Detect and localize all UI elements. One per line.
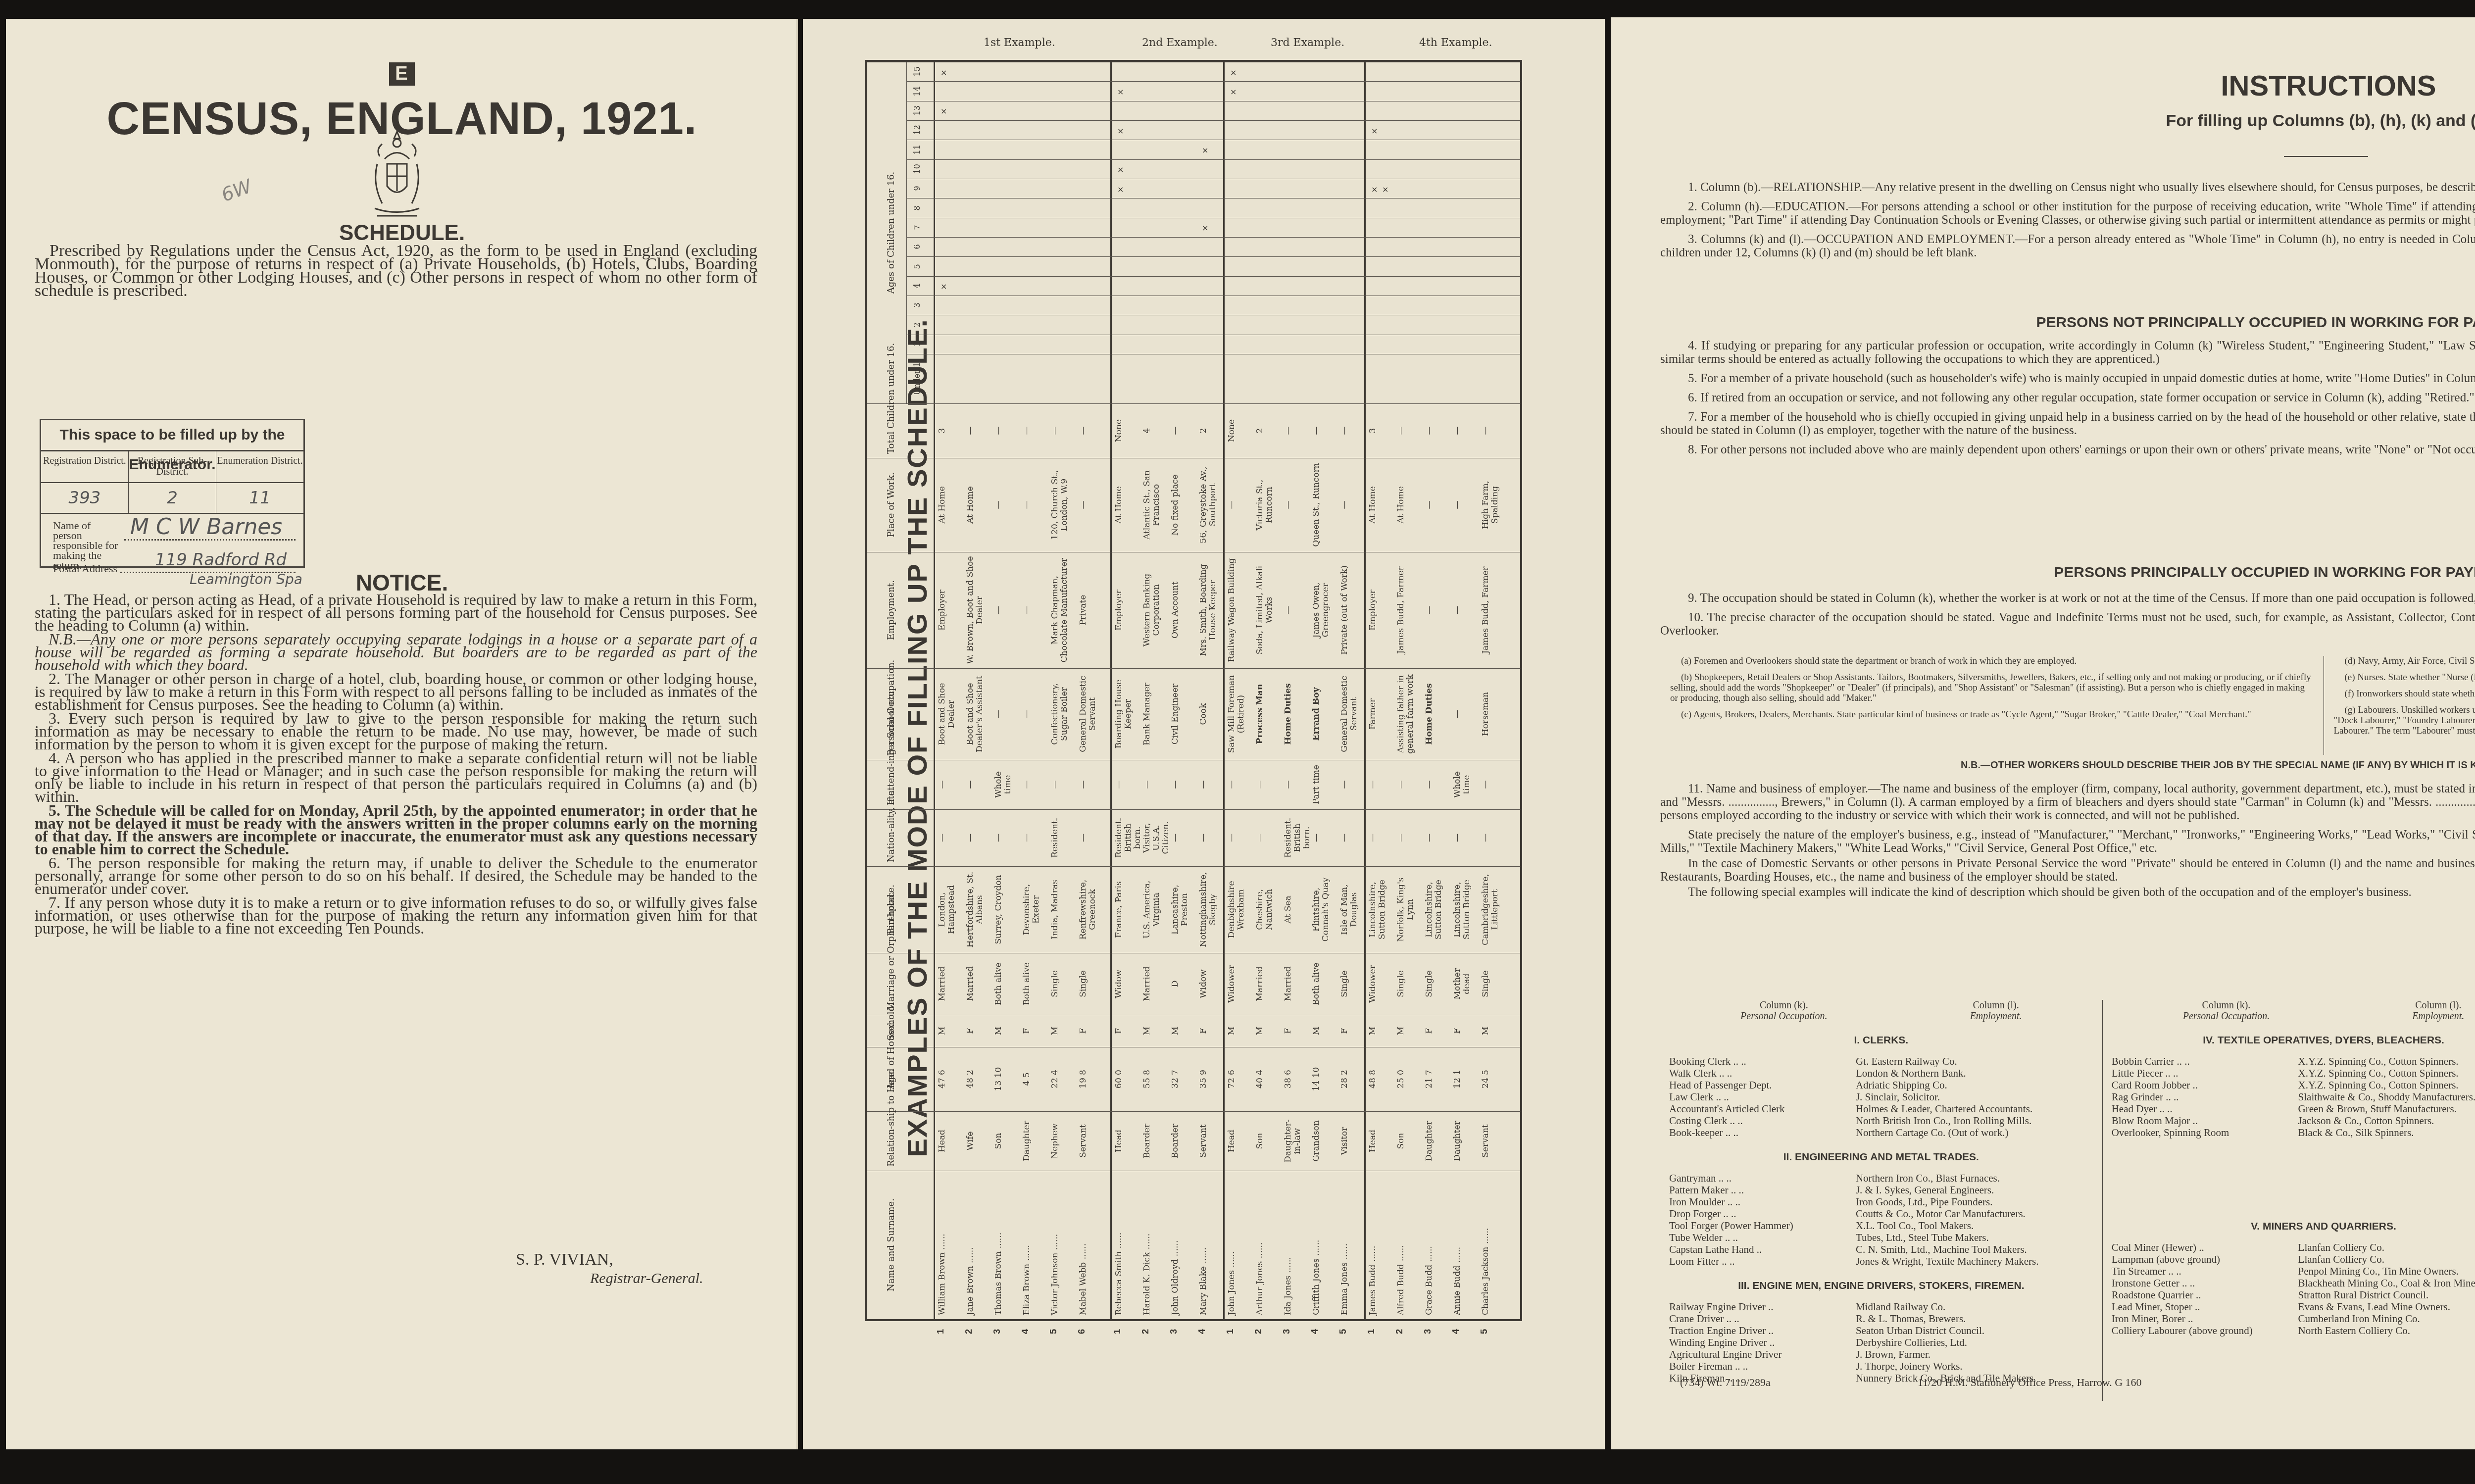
row-number: 3 [1423,1329,1434,1335]
table-cell-sex: M [1312,1019,1321,1043]
table-cell-place: Queen St., Runcorn [1312,462,1321,548]
table-cell-mar: Widower [1227,957,1237,1011]
table-cell-emp: Employer [1368,556,1378,664]
examples-column-header: Column (k).Personal Occupation.Column (l… [1669,1000,2093,1022]
table-cell-school: — [1425,764,1434,805]
note-item: (c) Agents, Brokers, Dealers, Merchants.… [1670,709,2314,720]
enumerator-box-header: This space to be filled up by the Enumer… [41,420,303,451]
table-cell-sex: M [1227,1019,1237,1043]
pencil-annotation: 6W [218,175,254,206]
example-group-title: I. CLERKS. [1669,1035,2093,1046]
personal-occupation: Head of Passenger Dept. [1669,1079,1856,1091]
table-cell-birth: Devonshire, Exeter [1022,870,1041,949]
table-cell-nat: — [1368,813,1378,862]
age-subcolumn-label: 10 [912,161,922,177]
row-number: 4 [1020,1329,1031,1335]
age-subcolumn-label: 4 [912,278,922,294]
table-cell-name: Harold K. Dick ...... [1142,1175,1152,1315]
table-cell-age: 55 8 [1142,1051,1152,1107]
example-row: Traction Engine Driver ..Seaton Urban Di… [1669,1325,2093,1336]
instruction-item: The following special examples will indi… [1660,886,2475,899]
row-number: 2 [1253,1329,1264,1335]
example-row: Drop Forger .. ..Coutts & Co., Motor Car… [1669,1208,2093,1220]
table-cell-place: — [1079,462,1088,548]
example-row: Railway Engine Driver ..Midland Railway … [1669,1301,2093,1313]
address-line1-field[interactable]: 119 Radford Rd [155,550,287,570]
table-cell-place: High Farm, Spalding [1481,462,1500,548]
age-subcolumn-line [906,256,1520,257]
column-divider [867,953,1520,953]
employment: Cumberland Iron Mining Co. [2298,1313,2475,1325]
table-cell-rel: Daughter [1453,1115,1462,1167]
table-cell-nat: — [1255,813,1265,862]
examples-column-header: Column (k).Personal Occupation.Column (l… [2112,1000,2475,1022]
table-cell-place: At Home [1114,462,1124,548]
note-item: (a) Foremen and Overlookers should state… [1670,656,2314,666]
example-row: Overlooker, Spinning RoomBlack & Co., Si… [2112,1127,2475,1138]
notice-item: 7. If any person whose duty it is to mak… [35,896,757,935]
table-cell-nat: — [1171,813,1180,862]
child-age-mark: × [1117,126,1124,136]
age-subcolumn-label: 9 [912,181,922,196]
table-cell-rel: Daughter [1425,1115,1434,1167]
table-cell-mar: Single [1396,957,1406,1011]
table-cell-mar: Married [938,957,947,1011]
example-row: Capstan Lathe Hand ..C. N. Smith, Ltd., … [1669,1243,2093,1255]
example-row: Card Room Jobber ..X.Y.Z. Spinning Co., … [2112,1079,2475,1091]
table-cell-occ: Home Duties [1425,672,1434,756]
table-cell-school: Part time [1312,764,1321,805]
table-cell-age: 12 1 [1453,1051,1462,1107]
occupied-instructions: 9. The occupation should be stated in Co… [1660,592,2475,643]
row-number: 3 [992,1329,1003,1335]
table-cell-birth: Lincolnshire, Sutton Bridge [1425,870,1443,949]
personal-occupation: Pattern Maker .. .. [1669,1184,1856,1196]
table-cell-school: — [1171,764,1180,805]
age-subcolumn-line [906,179,1520,179]
instruction-item: 10. The precise character of the occupat… [1660,611,2475,638]
table-cell-rel: Head [1368,1115,1378,1167]
employment: Iron Goods, Ltd., Pipe Founders. [1856,1196,2093,1208]
employment: Jackson & Co., Cotton Spinners. [2298,1115,2475,1127]
instruction-item: 11. Name and business of employer.—The n… [1660,782,2475,822]
age-subcolumn-line [906,335,1520,335]
table-cell-school: — [1340,764,1349,805]
example-label: 1st Example. [984,37,1055,49]
table-cell-place: — [994,462,1003,548]
table-cell-children: — [1481,407,1490,454]
employment: Jones & Wright, Textile Machinery Makers… [1856,1255,2093,1267]
table-cell-birth: U.S. America, Virginia [1142,870,1161,949]
example-group-title: V. MINERS AND QUARRIERS. [2112,1221,2475,1233]
row-number: 2 [1394,1329,1405,1335]
column-header: Place of Work. [887,462,896,548]
personal-occupation: Bobbin Carrier .. .. [2112,1055,2298,1067]
age-subcolumn-line [906,315,1520,315]
personal-occupation: Tube Welder .. .. [1669,1232,1856,1243]
table-cell-nat: — [966,813,975,862]
child-age-mark: × [1117,165,1124,174]
table-cell-nat: — [1481,813,1490,862]
table-cell-mar: Married [1255,957,1265,1011]
table-cell-place: — [1284,462,1293,548]
instruction-item: 9. The occupation should be stated in Co… [1660,592,2475,605]
table-cell-school: — [1142,764,1152,805]
examples-table: Name and Surname.Relation-ship to Head o… [865,60,1522,1321]
row-number: 5 [1479,1329,1490,1335]
column-header: Marriage or Orphan-hood. [887,957,896,1011]
example-row: Coal Miner (Hewer) ..Llanfan Colliery Co… [2112,1241,2475,1253]
table-cell-children: 3 [938,407,947,454]
registration-district-field[interactable]: 393 [41,483,129,513]
table-cell-children: — [966,407,975,454]
column-divider [867,1171,1520,1171]
table-cell-rel: Head [1114,1115,1124,1167]
table-cell-age: 38 6 [1284,1051,1293,1107]
child-age-mark: × [1230,87,1237,97]
example-row: Pattern Maker .. ..J. & I. Sykes, Genera… [1669,1184,2093,1196]
example-row: Little Piecer .. ..X.Y.Z. Spinning Co., … [2112,1067,2475,1079]
table-cell-nat: — [1227,813,1237,862]
registration-district-label: Registration District. [41,451,129,482]
table-cell-nat: — [1199,813,1208,862]
age-subcolumn-label: 3 [912,297,922,313]
table-cell-birth: Lancashire, Preston [1171,870,1189,949]
column-divider [867,552,1520,552]
table-cell-children: None [1114,407,1124,454]
example-row: Lampman (above ground)Llanfan Colliery C… [2112,1253,2475,1265]
table-cell-school: — [938,764,947,805]
table-cell-occ: Assisting father in general farm work [1396,672,1415,756]
table-cell-rel: Son [994,1115,1003,1167]
table-cell-rel: Boarder [1171,1115,1180,1167]
instruction-item: In the case of Domestic Servants or othe… [1660,857,2475,884]
child-age-mark: × [940,68,947,77]
personal-occupation: Railway Engine Driver .. [1669,1301,1856,1313]
table-cell-name: Griffith Jones ...... [1312,1175,1321,1315]
notice-item: 2. The Manager or other person in charge… [35,672,757,711]
personal-occupation: Gantryman .. .. [1669,1172,1856,1184]
examples-column: Column (k).Personal Occupation.Column (l… [2103,1000,2475,1401]
table-cell-mar: Both alive [1022,957,1032,1011]
example-row: Tool Forger (Power Hammer)X.L. Tool Co.,… [1669,1220,2093,1232]
notice-item: 6. The person responsible for making the… [35,856,757,895]
table-cell-children: — [1079,407,1088,454]
employment: Green & Brown, Stuff Manufacturers. [2298,1103,2475,1115]
table-cell-name: Thomas Brown ...... [994,1175,1003,1315]
child-age-mark: × [1202,146,1208,155]
example-divider [1110,62,1112,1319]
royal-coat-of-arms-icon [370,129,424,221]
table-cell-nat: — [1079,813,1088,862]
table-cell-age: 13 10 [994,1051,1003,1107]
personal-occupation: Loom Fitter .. .. [1669,1255,1856,1267]
employment: J. Brown, Farmer. [1856,1348,2093,1360]
personal-occupation: Little Piecer .. .. [2112,1067,2298,1079]
age-subcolumn-label: 7 [912,220,922,235]
table-cell-birth: France, Paris [1114,870,1124,949]
column-divider [867,403,1520,404]
age-subcolumn-label: 5 [912,258,922,274]
employment: R. & L. Thomas, Brewers. [1856,1313,2093,1325]
row-number: 2 [1140,1329,1151,1335]
table-cell-school: — [1396,764,1406,805]
age-subcolumn-line [906,276,1520,277]
responsible-person-field[interactable]: M C W Barnes [130,514,282,540]
table-cell-mar: Married [1284,957,1293,1011]
column-divider [867,1111,1520,1112]
table-cell-birth: Surrey, Croydon [994,870,1003,949]
instruction-item: 8. For other persons not included above … [1660,443,2475,456]
table-cell-emp: Mrs. Smith, Boarding House Keeper [1199,556,1218,664]
table-cell-school: — [1481,764,1490,805]
age-subcolumn-line [906,218,1520,218]
note-item: (e) Nurses. State whether "Nurse (Domest… [2334,672,2475,683]
employer-instructions: 11. Name and business of employer.—The n… [1660,782,2475,905]
occupation-notes: (a) Foremen and Overlookers should state… [1660,656,2475,755]
table-cell-place: — [1425,462,1434,548]
row-number: 3 [1282,1329,1292,1335]
table-cell-school: — [1227,764,1237,805]
table-cell-children: — [1425,407,1434,454]
table-cell-nat: — [1340,813,1349,862]
example-row: Accountant's Articled ClerkHolmes & Lead… [1669,1103,2093,1115]
personal-occupation: Colliery Labourer (above ground) [2112,1325,2298,1336]
column-header: Age. [887,1051,896,1107]
table-cell-occ: Errand Boy [1312,672,1321,756]
table-cell-emp: — [1284,556,1293,664]
column-header: If attend-ing a School etc. [887,764,896,805]
table-cell-birth: Renfrewshire, Greenock [1079,870,1097,949]
table-cell-place: Atlantic St., San Francisco [1142,462,1161,548]
table-cell-occ: General Domestic Servant [1340,672,1359,756]
schedule-letter: E [6,62,798,86]
column-header: Total Children under 16. [887,407,896,454]
table-cell-age: 60 0 [1114,1051,1124,1107]
age-subcolumn-line [906,159,1520,160]
table-cell-age: 35 9 [1199,1051,1208,1107]
employment: X.Y.Z. Spinning Co., Cotton Spinners. [2298,1079,2475,1091]
employment: Coutts & Co., Motor Car Manufacturers. [1856,1208,2093,1220]
column-divider [867,866,1520,867]
note-item: (f) Ironworkers should state whether Pud… [2334,689,2475,699]
personal-occupation: Lead Miner, Stoper .. [2112,1301,2298,1313]
table-cell-age: 40 4 [1255,1051,1265,1107]
table-cell-birth: Cheshire, Nantwich [1255,870,1274,949]
column-header: Nation-ality, etc. [887,813,896,862]
example-row: Tube Welder .. ..Tubes, Ltd., Steel Tube… [1669,1232,2093,1243]
employment: J. Thorpe, Joinery Works. [1856,1360,2093,1372]
occupation-examples: Column (k).Personal Occupation.Column (l… [1660,1000,2475,1401]
table-cell-birth: Flintshire, Connah's Quay [1312,870,1331,949]
table-cell-school: Whole time [1453,764,1472,805]
table-cell-age: 72 6 [1227,1051,1237,1107]
column-divider [867,668,1520,669]
table-cell-emp: Private (out of Work) [1340,556,1349,664]
table-cell-birth: Denbighshire Wrexham [1227,870,1246,949]
personal-occupation: Tin Streamer .. .. [2112,1265,2298,1277]
table-cell-school: — [1114,764,1124,805]
table-cell-rel: Head [1227,1115,1237,1167]
table-cell-mar: Widow [1199,957,1208,1011]
employment: Holmes & Leader, Chartered Accountants. [1856,1103,2093,1115]
table-cell-emp: Own Account [1171,556,1180,664]
table-cell-age: 21 7 [1425,1051,1434,1107]
table-cell-emp: Railway Wagon Building [1227,556,1237,664]
table-cell-emp: — [1425,556,1434,664]
table-cell-sex: M [994,1019,1003,1043]
table-cell-children: — [1171,407,1180,454]
header-divider [934,62,934,1319]
employment: Evans & Evans, Lead Mine Owners. [2298,1301,2475,1313]
age-subcolumn-line [906,62,1520,62]
section-occupied-heading: PERSONS PRINCIPALLY OCCUPIED IN WORKING … [1611,564,2475,581]
example-row: Costing Clerk .. ..North British Iron Co… [1669,1115,2093,1127]
table-cell-children: — [1284,407,1293,454]
table-cell-children: 2 [1199,407,1208,454]
table-cell-name: Grace Budd ...... [1425,1175,1434,1315]
table-cell-rel: Servant [1481,1115,1490,1167]
table-cell-age: 14 10 [1312,1051,1321,1107]
notes-left-column: (a) Foremen and Overlookers should state… [1660,656,2324,755]
table-cell-mar: Married [966,957,975,1011]
instruction-item: 6. If retired from an occupation or serv… [1660,391,2475,404]
table-cell-place: At Home [966,462,975,548]
table-cell-birth: Nottinghamshire, Skegby [1199,870,1218,949]
example-row: Law Clerk .. ..J. Sinclair, Solicitor. [1669,1091,2093,1103]
table-cell-name: James Budd ...... [1368,1175,1378,1315]
age-subcolumn-label: 6 [912,239,922,254]
table-cell-nat: Resident. British born. [1114,813,1142,862]
age-subcolumn-line [906,354,1520,354]
not-occupied-instructions: 4. If studying or preparing for any part… [1660,339,2475,462]
example-row: Lead Miner, Stoper ..Evans & Evans, Lead… [2112,1301,2475,1313]
examples-column: Column (k).Personal Occupation.Column (l… [1660,1000,2103,1401]
personal-occupation: Rag Grinder .. .. [2112,1091,2298,1103]
personal-occupation: Crane Driver .. .. [1669,1313,1856,1325]
child-age-mark: × [1117,185,1124,194]
table-cell-name: Annie Budd ...... [1453,1175,1462,1315]
signature-title: Registrar-General. [590,1270,703,1287]
table-cell-emp: Employer [1114,556,1124,664]
example-row: Head of Passenger Dept.Adriatic Shipping… [1669,1079,2093,1091]
row-number: 1 [1366,1329,1377,1335]
table-cell-age: 22 4 [1050,1051,1060,1107]
table-cell-age: 19 8 [1079,1051,1088,1107]
table-cell-children: None [1227,407,1237,454]
table-cell-children: — [1022,407,1032,454]
table-cell-rel: Servant [1079,1115,1088,1167]
example-row: Bobbin Carrier .. ..X.Y.Z. Spinning Co.,… [2112,1055,2475,1067]
table-cell-occ: Horseman [1481,672,1490,756]
personal-occupation-label: Personal Occupation. [1740,1011,1828,1022]
table-cell-name: Alfred Budd ...... [1396,1175,1406,1315]
column-divider [867,809,1520,810]
table-cell-school: — [1050,764,1060,805]
table-cell-name: Mabel Webb ...... [1079,1175,1088,1315]
table-cell-place: — [1340,462,1349,548]
age-subcolumn-label: 8 [912,200,922,215]
employment: X.L. Tool Co., Tool Makers. [1856,1220,2093,1232]
example-row: Head Dyer .. ..Green & Brown, Stuff Manu… [2112,1103,2475,1115]
table-cell-mar: Single [1079,957,1088,1011]
table-cell-children: 3 [1368,407,1378,454]
enumeration-district-label: Enumeration District. [216,451,303,482]
employment: J. & I. Sykes, General Engineers. [1856,1184,2093,1196]
employment: Black & Co., Silk Spinners. [2298,1127,2475,1138]
table-cell-occ: Process Man [1255,672,1265,756]
table-cell-sex: F [1425,1019,1434,1043]
printer-imprint: 11/20 H.M. Stationery Office Press, Harr… [1918,1376,2142,1389]
table-cell-sex: M [938,1019,947,1043]
table-cell-school: — [1284,764,1293,805]
example-row: Ironstone Getter .. ..Blackheath Mining … [2112,1277,2475,1289]
employment: Adriatic Shipping Co. [1856,1079,2093,1091]
personal-occupation: Iron Miner, Borer .. [2112,1313,2298,1325]
table-cell-sex: M [1396,1019,1406,1043]
table-cell-sex: M [1368,1019,1378,1043]
child-age-mark: × [1202,223,1208,233]
example-label: 3rd Example. [1271,37,1344,49]
table-cell-place: Victoria St., Runcorn [1255,462,1274,548]
table-cell-mar: Both alive [1312,957,1321,1011]
column-k-label: Column (k). [2202,1000,2251,1011]
table-cell-sex: F [1340,1019,1349,1043]
instruction-item: State precisely the nature of the employ… [1660,828,2475,855]
enumeration-district-field[interactable]: 11 [216,483,303,513]
table-cell-school: — [1199,764,1208,805]
employment: Derbyshire Collieries, Ltd. [1856,1336,2093,1348]
row-number: 1 [1112,1329,1123,1335]
table-cell-occ: Saw Mill Foreman (Retired) [1227,672,1246,756]
example-row: Colliery Labourer (above ground)North Ea… [2112,1325,2475,1336]
table-cell-nat: — [1453,813,1462,862]
enumerator-box: This space to be filled up by the Enumer… [40,419,305,568]
column-header: Relation-ship to Head of Household. [887,1115,896,1167]
table-cell-occ: Bank Manager [1142,672,1152,756]
personal-occupation: Roadstone Quarrier .. [2112,1289,2298,1301]
table-cell-occ: — [994,672,1003,756]
registration-sub-district-field[interactable]: 2 [129,483,216,513]
child-age-mark: × [1371,126,1378,136]
table-cell-occ: Cook [1199,672,1208,756]
employment: Llanfan Colliery Co. [2298,1253,2475,1265]
column-k-label: Column (k). [1760,1000,1808,1011]
employment: Seaton Urban District Council. [1856,1325,2093,1336]
table-cell-emp: Mark Chapman, Chocolate Manufacturer [1050,556,1069,664]
ages-subheader-divider [906,62,907,403]
personal-occupation: Agricultural Engine Driver [1669,1348,1856,1360]
table-cell-sex: F [966,1019,975,1043]
table-cell-occ: — [1022,672,1032,756]
personal-occupation: Tool Forger (Power Hammer) [1669,1220,1856,1232]
table-cell-age: 25 0 [1396,1051,1406,1107]
personal-occupation: Overlooker, Spinning Room [2112,1127,2298,1138]
example-row: Roadstone Quarrier ..Stratton Rural Dist… [2112,1289,2475,1301]
row-number: 6 [1077,1329,1088,1335]
table-cell-name: Victor Johnson ...... [1050,1175,1060,1315]
example-row: Iron Miner, Borer ..Cumberland Iron Mini… [2112,1313,2475,1325]
table-cell-school: — [1255,764,1265,805]
table-cell-mar: D [1171,957,1180,1011]
personal-occupation: Head Dyer .. .. [2112,1103,2298,1115]
column-header: Employment. [887,556,896,664]
table-cell-birth: Cambridgeshire, Littleport [1481,870,1500,949]
table-cell-name: Jane Brown ...... [966,1175,975,1315]
examples-page: EXAMPLES OF THE MODE OF FILLING UP THE S… [803,19,1605,1449]
table-cell-occ: Farmer [1368,672,1378,756]
table-cell-mar: Single [1340,957,1349,1011]
